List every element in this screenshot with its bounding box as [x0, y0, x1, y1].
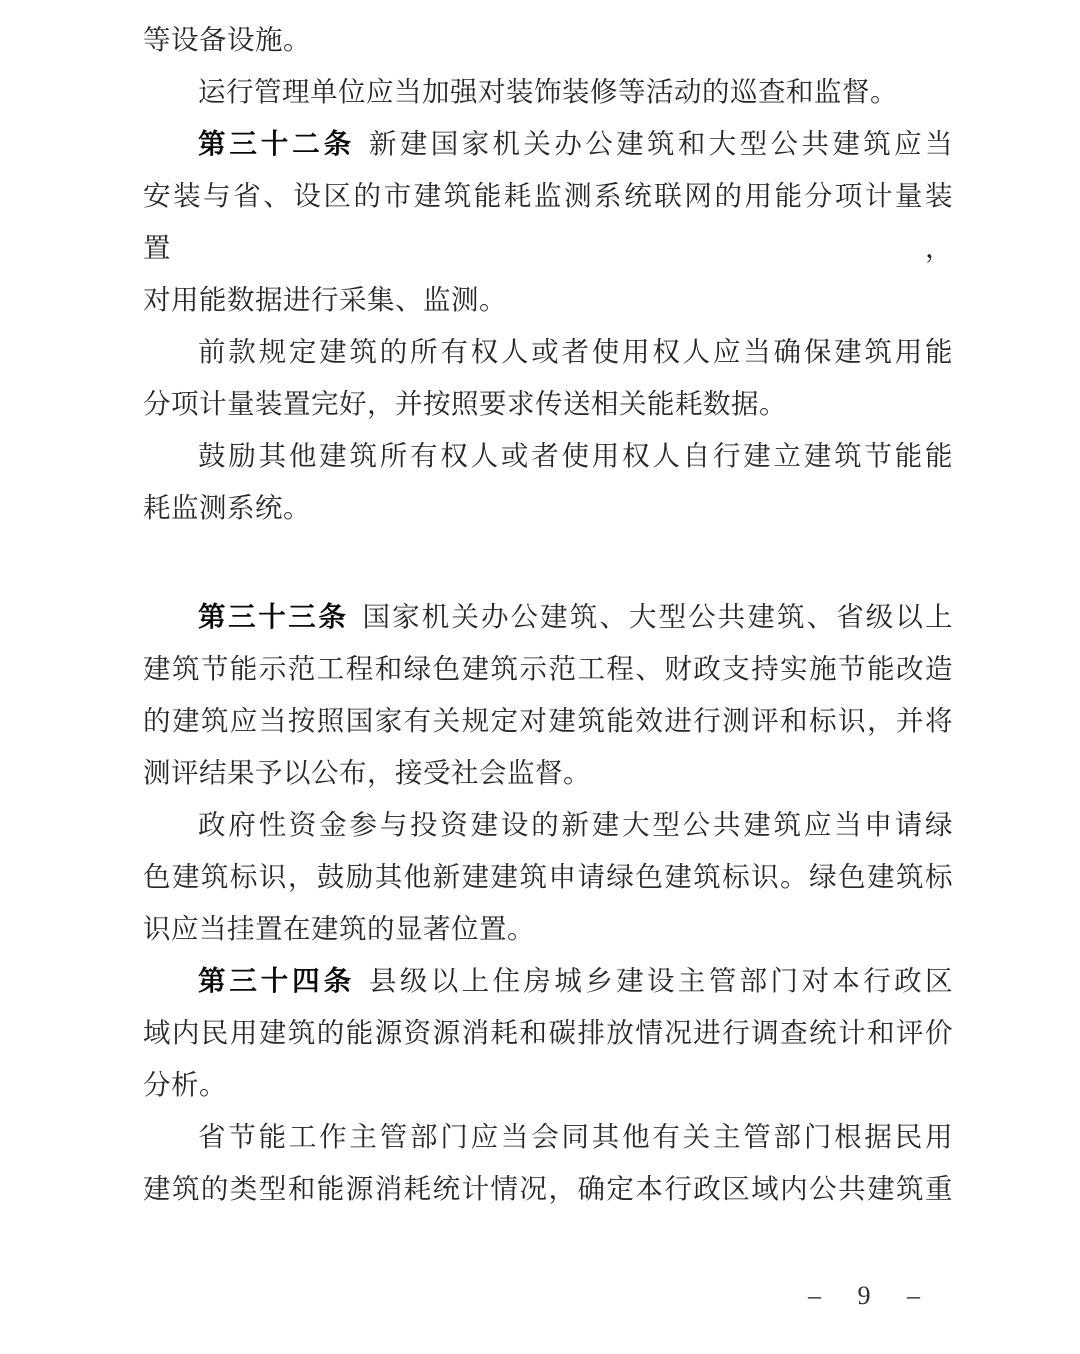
paragraph-continuation-line: 等设备设施。 [143, 14, 953, 66]
paragraph-line: 前款规定建筑的所有权人或者使用权人应当确保建筑用能 [143, 326, 953, 378]
article-34-line-1: 第三十四条县级以上住房城乡建设主管部门对本行政区 [143, 955, 953, 1007]
footer-left-dash: – [808, 1278, 821, 1314]
page-number: 9 [858, 1278, 871, 1314]
article-32-line-1: 第三十二条新建国家机关办公建筑和大型公共建筑应当 [143, 118, 953, 170]
article-33-line-3: 的建筑应当按照国家有关规定对建筑能效进行测评和标识，并将 [143, 695, 953, 747]
article-32-number: 第三十二条 [198, 128, 355, 159]
document-page: 等设备设施。 运行管理单位应当加强对装饰装修等活动的巡查和监督。 第三十二条新建… [0, 0, 1080, 1354]
article-33-line-2: 建筑节能示范工程和绿色建筑示范工程、财政支持实施节能改造 [143, 643, 953, 695]
article-34-number: 第三十四条 [198, 965, 355, 996]
footer-right-dash: – [907, 1278, 920, 1314]
article-33-line-1: 第三十三条国家机关办公建筑、大型公共建筑、省级以上 [143, 591, 953, 643]
article-32-text: 新建国家机关办公建筑和大型公共建筑应当 [369, 128, 953, 159]
article-33-line-4: 测评结果予以公布，接受社会监督。 [143, 747, 953, 799]
paragraph-line: 鼓励其他建筑所有权人或者使用权人自行建立建筑节能能 [143, 430, 953, 482]
paragraph-line: 政府性资金参与投资建设的新建大型公共建筑应当申请绿 [143, 799, 953, 851]
article-34-text: 县级以上住房城乡建设主管部门对本行政区 [369, 965, 953, 996]
paragraph-line: 耗监测系统。 [143, 482, 953, 534]
article-32-line-2: 安装与省、设区的市建筑能耗监测系统联网的用能分项计量装置， [143, 170, 953, 274]
article-33-text: 国家机关办公建筑、大型公共建筑、省级以上 [363, 601, 953, 632]
paragraph-line: 建筑的类型和能源消耗统计情况，确定本行政区域内公共建筑重 [143, 1163, 953, 1215]
article-34-line-2: 域内民用建筑的能源资源消耗和碳排放情况进行调查统计和评价 [143, 1007, 953, 1059]
article-32-line-3: 对用能数据进行采集、监测。 [143, 274, 953, 326]
document-body: 等设备设施。 运行管理单位应当加强对装饰装修等活动的巡查和监督。 第三十二条新建… [143, 14, 953, 1215]
article-33-number: 第三十三条 [198, 601, 349, 632]
paragraph-line: 分项计量装置完好，并按照要求传送相关能耗数据。 [143, 378, 953, 430]
paragraph-line: 运行管理单位应当加强对装饰装修等活动的巡查和监督。 [143, 66, 953, 118]
paragraph-line: 识应当挂置在建筑的显著位置。 [143, 903, 953, 955]
paragraph-line: 色建筑标识，鼓励其他新建建筑申请绿色建筑标识。绿色建筑标 [143, 851, 953, 903]
page-footer: – 9 – [808, 1278, 920, 1314]
paragraph-line: 省节能工作主管部门应当会同其他有关主管部门根据民用 [143, 1111, 953, 1163]
article-34-line-3: 分析。 [143, 1059, 953, 1111]
